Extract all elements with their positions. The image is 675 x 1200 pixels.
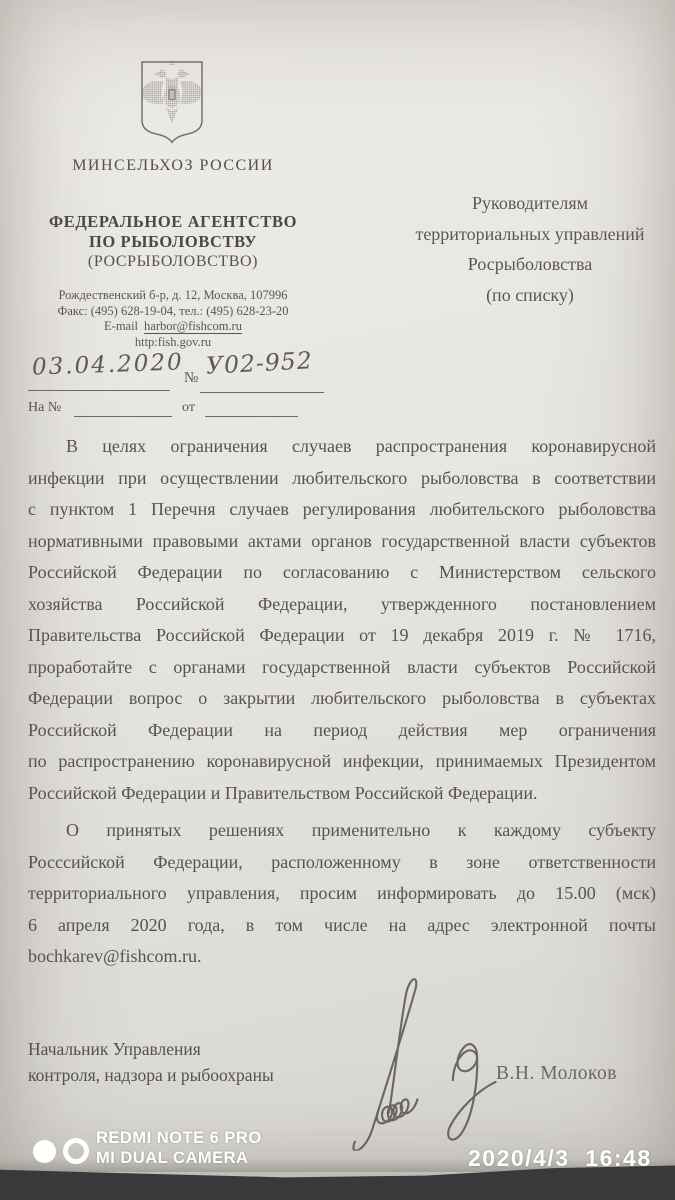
signer-position-line1: Начальник Управления <box>28 1036 274 1062</box>
body-paragraph-1: В целях ограничения случаев распростране… <box>28 431 656 809</box>
addressee-line4: (по списку) <box>398 280 662 311</box>
body-line: Росссийской Федерации, расположенному в … <box>28 847 656 879</box>
body-line: по распространению коронавирусной инфекц… <box>28 746 656 778</box>
body-line: Федерации вопрос о закрытии любительског… <box>28 683 656 715</box>
watermark-device-model: REDMI NOTE 6 PRO <box>96 1129 262 1149</box>
photo-timestamp: 2020/4/3 16:48 <box>468 1145 652 1172</box>
reply-number-label: На № <box>28 400 61 416</box>
agency-name-line2: ПО РЫБОЛОВСТВУ <box>23 232 323 252</box>
reply-number-underline <box>74 416 172 417</box>
body-line: 6 апреля 2020 года, в том числе на адрес… <box>28 910 656 942</box>
agency-name-line1: ФЕДЕРАЛЬНОЕ АГЕНТСТВО <box>23 212 323 232</box>
body-line: Российской Федерации и Правительством Ро… <box>28 778 656 810</box>
signer-position-line2: контроля, надзора и рыбоохраны <box>28 1062 274 1088</box>
body-line: инфекции при осуществлении любительского… <box>28 463 656 495</box>
body-line: с пунктом 1 Перечня случаев регулировани… <box>28 494 656 526</box>
agency-email-line: E-mailharbor@fishcom.ru <box>23 319 323 335</box>
outgoing-date-handwritten: 03.04.2020 <box>32 349 185 380</box>
body-line: Российской Федерации по согласованию с М… <box>28 557 656 589</box>
addressee-line1: Руководителям <box>398 188 662 219</box>
agency-name-block: ФЕДЕРАЛЬНОЕ АГЕНТСТВО ПО РЫБОЛОВСТВУ (РО… <box>23 212 323 272</box>
email-label: E-mail <box>104 319 138 333</box>
body-line: территориального управления, просим инфо… <box>28 878 656 910</box>
email-address: harbor@fishcom.ru <box>144 319 242 334</box>
addressee-line2: территориальных управлений <box>398 219 662 250</box>
addressee-line3: Росрыболовства <box>398 249 662 280</box>
body-line: О принятых решениях применительно к кажд… <box>28 815 656 847</box>
watermark-camera-label: MI DUAL CAMERA <box>96 1149 262 1169</box>
body-line: хозяйства Российской Федерации, утвержде… <box>28 589 656 621</box>
signature-scribble-icon <box>316 959 523 1152</box>
outgoing-number-handwritten: У02-952 <box>205 346 313 380</box>
body-line: bochkarev@fishcom.ru. <box>28 941 656 973</box>
letter-body: В целях ограничения случаев распростране… <box>28 431 656 979</box>
document-photo: МИНСЕЛЬХОЗ РОССИИ ФЕДЕРАЛЬНОЕ АГЕНТСТВО … <box>0 0 675 1200</box>
signer-name: В.Н. Молоков <box>496 1063 617 1085</box>
reply-from-underline <box>205 416 298 417</box>
coat-of-arms-icon <box>134 56 210 146</box>
watermark-filled-circle-icon <box>33 1140 56 1163</box>
reply-from-label: от <box>182 400 195 416</box>
body-line: Российской Федерации на период действия … <box>28 715 656 747</box>
body-line: В целях ограничения случаев распростране… <box>28 431 656 463</box>
body-line: Правительства Российской Федерации от 19… <box>28 620 656 652</box>
ministry-name: МИНСЕЛЬХОЗ РОССИИ <box>38 157 308 175</box>
number-underline <box>200 392 324 393</box>
addressee-block: Руководителям территориальных управлений… <box>398 188 662 310</box>
agency-contacts-block: Рождественский б-р, д. 12, Москва, 10799… <box>23 288 323 350</box>
watermark-ring-icon <box>63 1138 89 1164</box>
number-sign: № <box>184 370 198 387</box>
agency-address: Рождественский б-р, д. 12, Москва, 10799… <box>23 288 323 304</box>
date-underline <box>28 390 170 391</box>
agency-phone-fax: Факс: (495) 628-19-04, тел.: (495) 628-2… <box>23 304 323 320</box>
body-line: проработайте с органами государственной … <box>28 652 656 684</box>
body-line: нормативными правовыми актами органов го… <box>28 526 656 558</box>
signer-position-block: Начальник Управления контроля, надзора и… <box>28 1036 274 1088</box>
agency-name-line3: (РОСРЫБОЛОВСТВО) <box>23 252 323 272</box>
body-paragraph-2: О принятых решениях применительно к кажд… <box>28 815 656 973</box>
camera-watermark-device: REDMI NOTE 6 PRO MI DUAL CAMERA <box>96 1129 262 1168</box>
